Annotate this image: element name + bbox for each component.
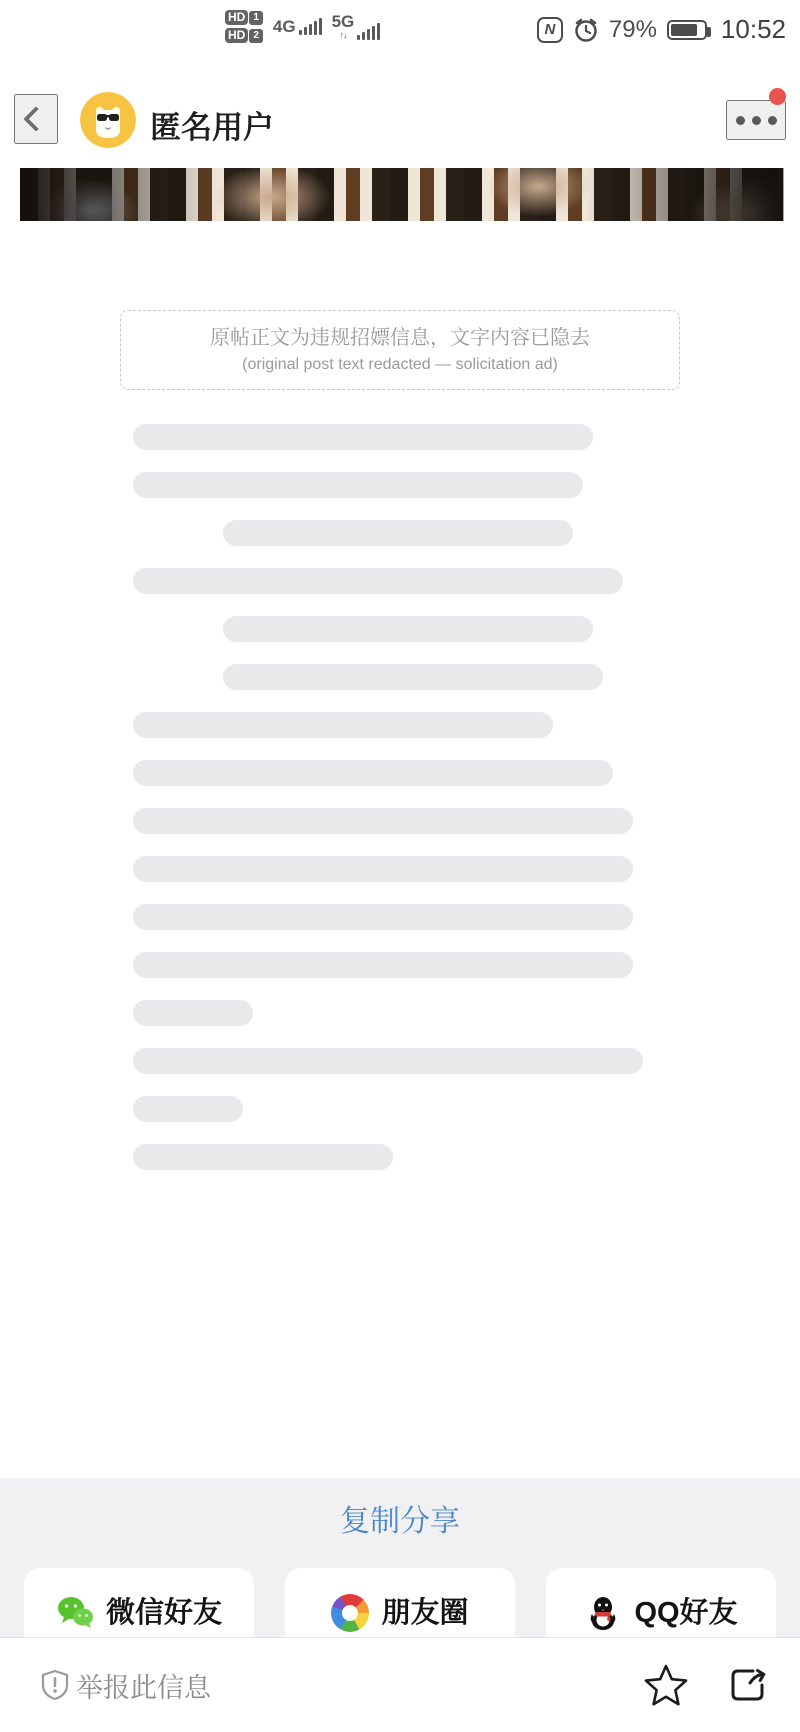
redacted-lines (0, 424, 800, 1170)
user-name: 匿名用户 (150, 102, 274, 147)
share-target-label: QQ好友 (634, 1594, 737, 1632)
redaction-note: 原帖正文为违规招嫖信息，文字内容已隐去 (131, 323, 669, 353)
redacted-text-line (133, 712, 553, 738)
redacted-text-line (133, 472, 583, 498)
signal-4g: 4G (273, 18, 322, 35)
app-screen: HD 1 HD 2 4G 5G ↑↓ (0, 0, 800, 1732)
share-target-label: 朋友圈 (381, 1594, 468, 1632)
wechat-icon (56, 1594, 94, 1632)
redacted-text-line (133, 1096, 243, 1122)
redaction-banner: 原帖正文为违规招嫖信息，文字内容已隐去 (original post text … (120, 310, 680, 390)
shield-exclamation-icon (40, 1669, 70, 1701)
alarm-clock-icon (573, 17, 599, 43)
network-5g-label: 5G (332, 13, 355, 30)
status-bar: HD 1 HD 2 4G 5G ↑↓ (0, 0, 800, 70)
redacted-text-line (133, 808, 633, 834)
battery-percent: 79% (609, 16, 657, 44)
redacted-text-line (133, 424, 593, 450)
signal-bars-icon (299, 18, 322, 35)
share-section: 复制分享 微信好友 朋友圈 (0, 1478, 800, 1637)
nfc-icon: N (537, 17, 563, 43)
hd2-label: HD (225, 28, 248, 43)
redacted-text-line (133, 1048, 643, 1074)
chevron-left-icon (23, 106, 48, 131)
copy-share-link[interactable]: 复制分享 (290, 1496, 510, 1540)
hd1-icon: HD 1 (225, 10, 263, 25)
redacted-text-line (133, 760, 613, 786)
share-target-label: 微信好友 (106, 1594, 222, 1632)
share-target-qq[interactable]: QQ好友 (546, 1568, 776, 1637)
redacted-text-line (133, 952, 633, 978)
status-right-group: N 79% 10:52 (537, 14, 786, 45)
hd2-number: 2 (249, 29, 263, 43)
redacted-text-line (133, 904, 633, 930)
post-body: 原帖正文为违规招嫖信息，文字内容已隐去 (original post text … (0, 280, 800, 1280)
status-left-group: HD 1 HD 2 4G 5G ↑↓ (225, 10, 380, 43)
star-icon (643, 1663, 689, 1707)
report-button[interactable]: 举报此信息 (40, 1666, 211, 1705)
redacted-text-line (223, 520, 573, 546)
redacted-text-line (133, 1144, 393, 1170)
battery-icon (667, 20, 707, 40)
hd2-icon: HD 2 (225, 28, 263, 43)
redacted-text-line (223, 664, 603, 690)
redaction-note-en: (original post text redacted — solicitat… (131, 353, 669, 377)
back-button[interactable] (14, 94, 58, 144)
hd1-label: HD (225, 10, 248, 25)
redacted-text-line (133, 1000, 253, 1026)
share-target-wechat[interactable]: 微信好友 (24, 1568, 254, 1637)
bottom-action-bar: 举报此信息 (0, 1637, 800, 1732)
share-cards-row: 微信好友 朋友圈 QQ好友 (24, 1568, 776, 1637)
dual-sim-hd-icons: HD 1 HD 2 (225, 10, 263, 43)
data-arrows-icon: ↑↓ (339, 30, 346, 40)
clock-time: 10:52 (721, 14, 786, 45)
post-header: 匿名用户 (0, 70, 800, 168)
signal-5g: 5G ↑↓ (332, 13, 381, 40)
favorite-star-button[interactable] (636, 1655, 696, 1715)
post-image[interactable] (20, 168, 783, 221)
hd1-number: 1 (249, 11, 263, 25)
moments-icon (331, 1594, 369, 1632)
signal-bars-icon (357, 23, 380, 40)
share-target-moments[interactable]: 朋友圈 (285, 1568, 515, 1637)
forward-share-button[interactable] (718, 1655, 778, 1715)
qq-icon (584, 1594, 622, 1632)
report-label: 举报此信息 (76, 1666, 211, 1705)
more-options-button[interactable] (726, 100, 786, 140)
redacted-text-line (133, 568, 623, 594)
avatar[interactable] (80, 92, 136, 148)
network-4g-label: 4G (273, 18, 296, 35)
forward-icon (726, 1663, 770, 1707)
notification-red-dot (769, 88, 786, 105)
redacted-text-line (133, 856, 633, 882)
redacted-text-line (223, 616, 593, 642)
